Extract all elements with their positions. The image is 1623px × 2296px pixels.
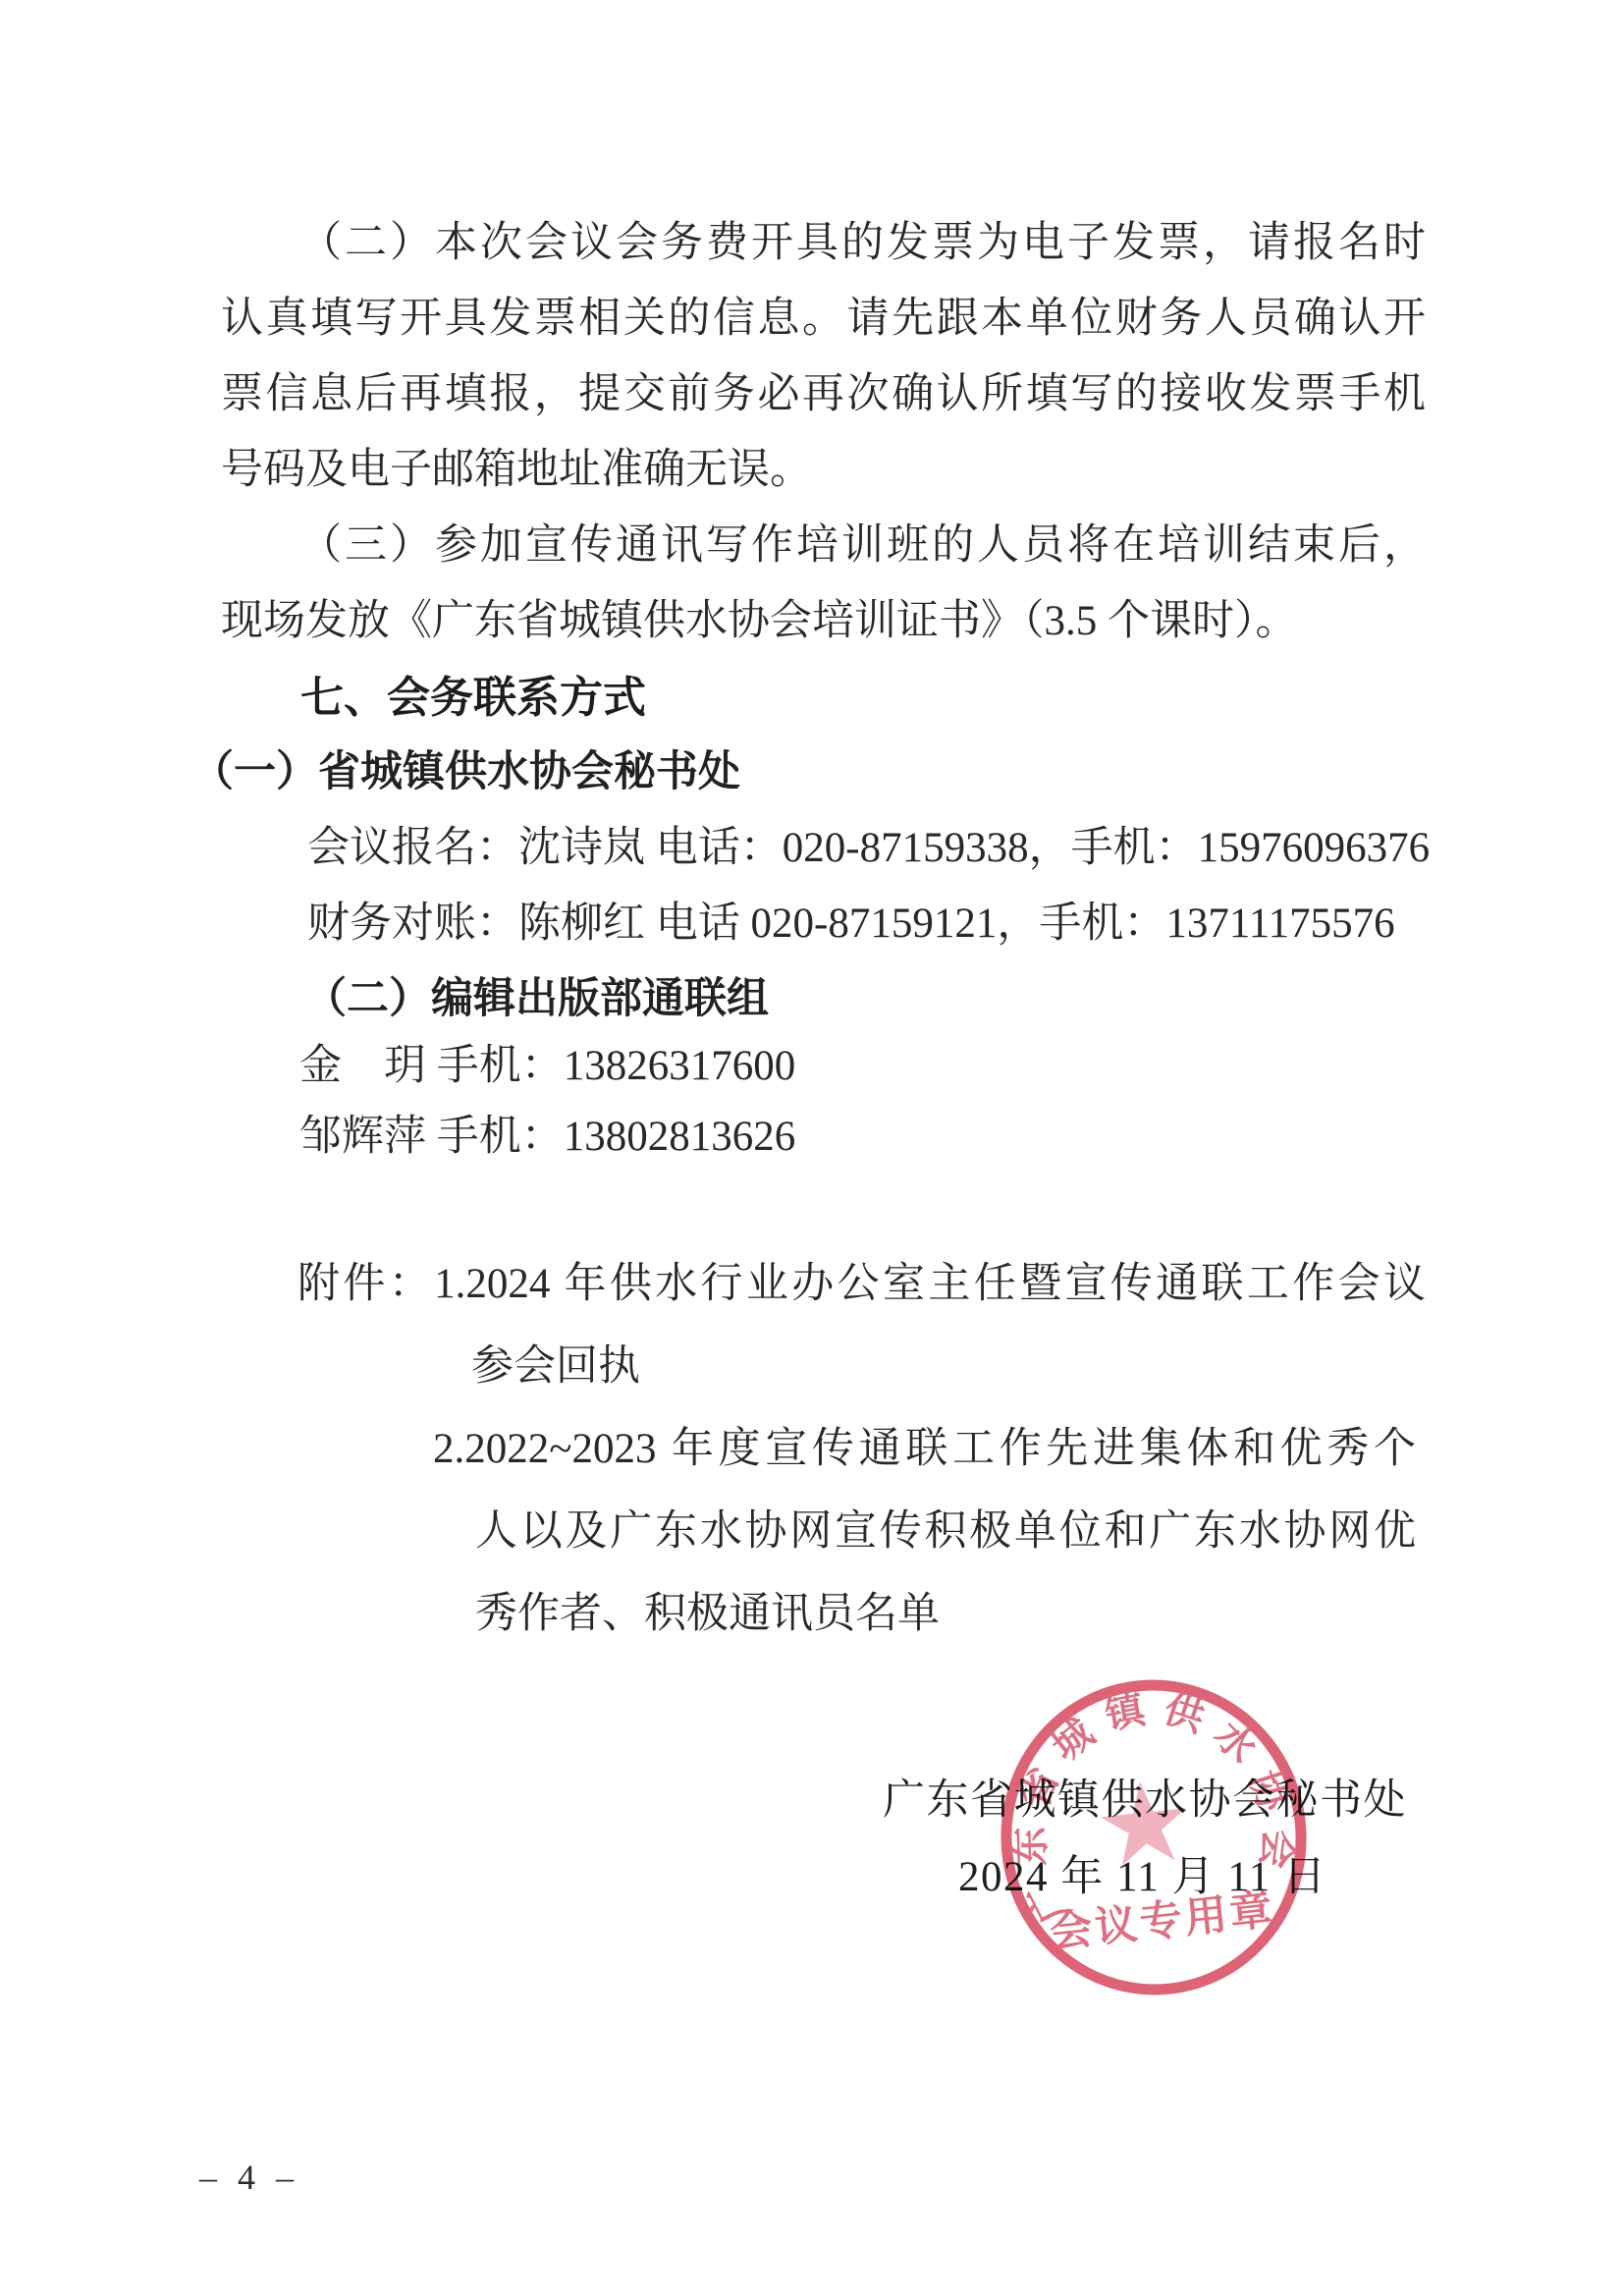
body-line: 票信息后再填报，提交前务必再次确认所填写的接收发票手机 (221, 369, 1426, 420)
official-seal: 广东省城镇供水协会 会议专用章 (970, 1649, 1338, 2026)
page-number: – 4 – (199, 2157, 299, 2198)
body-line: 认真填写开具发票相关的信息。请先跟本单位财务人员确认开 (221, 294, 1426, 345)
body-line: （三）参加宣传通讯写作培训班的人员将在培训结束后， (299, 520, 1426, 572)
section-heading: 七、会务联系方式 (300, 672, 646, 725)
contact-line: 金 玥 手机：13826317600 (299, 1041, 795, 1092)
body-line: 现场发放《广东省城镇供水协会培训证书》（3.5 个课时）。 (221, 596, 1298, 647)
attachment-line: 参会回执 (471, 1341, 640, 1393)
seal-bottom-text: 会议专用章 (1048, 1886, 1277, 1957)
attachment-line: 附件：1.2024 年供水行业办公室主任暨宣传通联工作会议 (298, 1259, 1426, 1310)
subsection-heading: （二）编辑出版部通联组 (304, 974, 769, 1025)
attachment-line: 人以及广东水协网宣传积极单位和广东水协网优 (475, 1506, 1416, 1558)
contact-line: 邹辉萍 手机：13802813626 (299, 1112, 795, 1163)
attachment-line: 秀作者、积极通讯员名单 (475, 1589, 940, 1640)
attachment-line: 2.2022~2023 年度宣传通联工作先进集体和优秀个 (433, 1424, 1416, 1475)
body-line: 号码及电子邮箱地址准确无误。 (221, 445, 812, 496)
contact-line: 财务对账：陈柳红 电话 020-87159121，手机：13711175576 (307, 899, 1395, 950)
body-line: （二）本次会议会务费开具的发票为电子发票，请报名时 (299, 218, 1426, 269)
seal-star-icon (1098, 1777, 1192, 1868)
subsection-heading: （一）省城镇供水协会秘书处 (191, 747, 740, 798)
document-page: （二）本次会议会务费开具的发票为电子发票，请报名时 认真填写开具发票相关的信息。… (0, 0, 1623, 2296)
contact-line: 会议报名：沈诗岚 电话：020-87159338，手机：15976096376 (307, 823, 1430, 874)
